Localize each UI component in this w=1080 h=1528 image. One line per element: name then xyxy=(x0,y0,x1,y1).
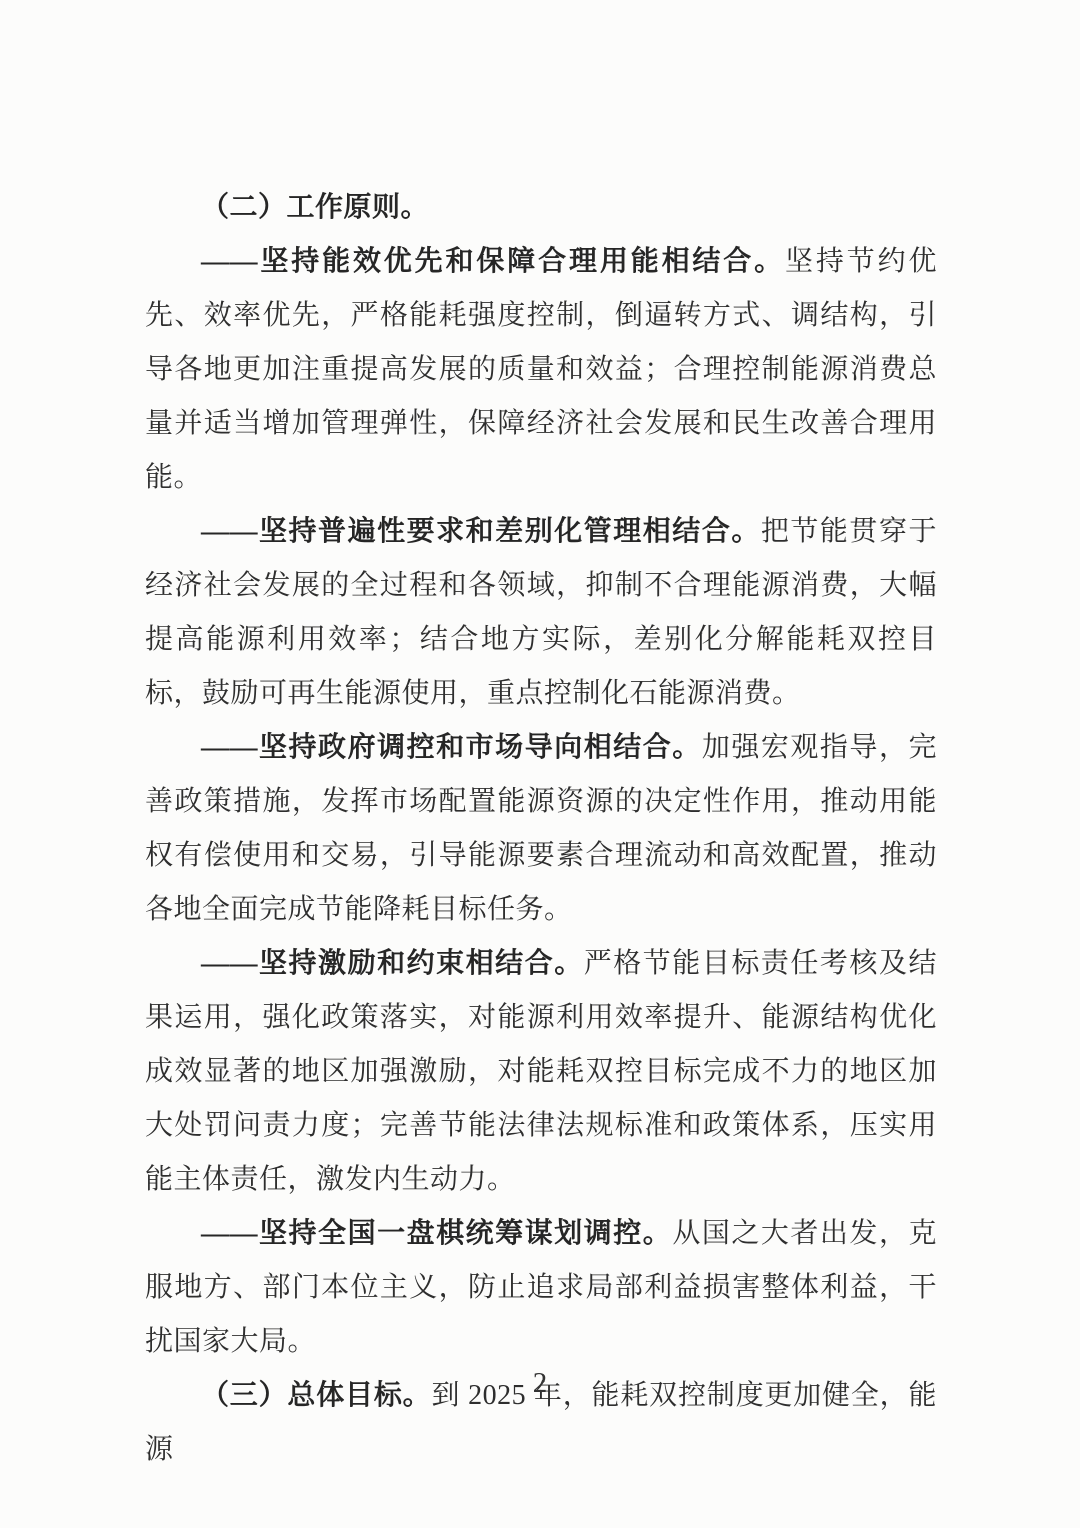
principle-paragraph: ——坚持能效优先和保障合理用能相结合。坚持节约优先、效率优先，严格能耗强度控制，… xyxy=(145,235,937,505)
document-content: （二）工作原则。 ——坚持能效优先和保障合理用能相结合。坚持节约优先、效率优先，… xyxy=(145,181,937,1477)
principle-lead: ——坚持激励和约束相结合。 xyxy=(201,948,584,979)
principle-paragraph: ——坚持激励和约束相结合。严格节能目标责任考核及结果运用，强化政策落实，对能源利… xyxy=(145,937,937,1207)
principle-body: 严格节能目标责任考核及结果运用，强化政策落实，对能源利用效率提升、能源结构优化成… xyxy=(145,948,937,1195)
principle-lead: ——坚持全国一盘棋统筹谋划调控。 xyxy=(201,1218,672,1249)
principle-body: 坚持节约优先、效率优先，严格能耗强度控制，倒逼转方式、调结构，引导各地更加注重提… xyxy=(145,246,937,493)
principle-lead: ——坚持普遍性要求和差别化管理相结合。 xyxy=(201,516,761,547)
principle-lead: ——坚持能效优先和保障合理用能相结合。 xyxy=(201,246,785,277)
principle-lead: ——坚持政府调控和市场导向相结合。 xyxy=(201,732,702,763)
section-heading: （二）工作原则。 xyxy=(145,181,937,235)
document-page: （二）工作原则。 ——坚持能效优先和保障合理用能相结合。坚持节约优先、效率优先，… xyxy=(0,0,1080,1528)
page-number: 2 xyxy=(0,1356,1080,1410)
principle-paragraph: ——坚持全国一盘棋统筹谋划调控。从国之大者出发，克服地方、部门本位主义，防止追求… xyxy=(145,1207,937,1369)
principle-paragraph: ——坚持政府调控和市场导向相结合。加强宏观指导，完善政策措施，发挥市场配置能源资… xyxy=(145,721,937,937)
principle-paragraph: ——坚持普遍性要求和差别化管理相结合。把节能贯穿于经济社会发展的全过程和各领域，… xyxy=(145,505,937,721)
section-heading-text: （二）工作原则。 xyxy=(201,192,429,223)
